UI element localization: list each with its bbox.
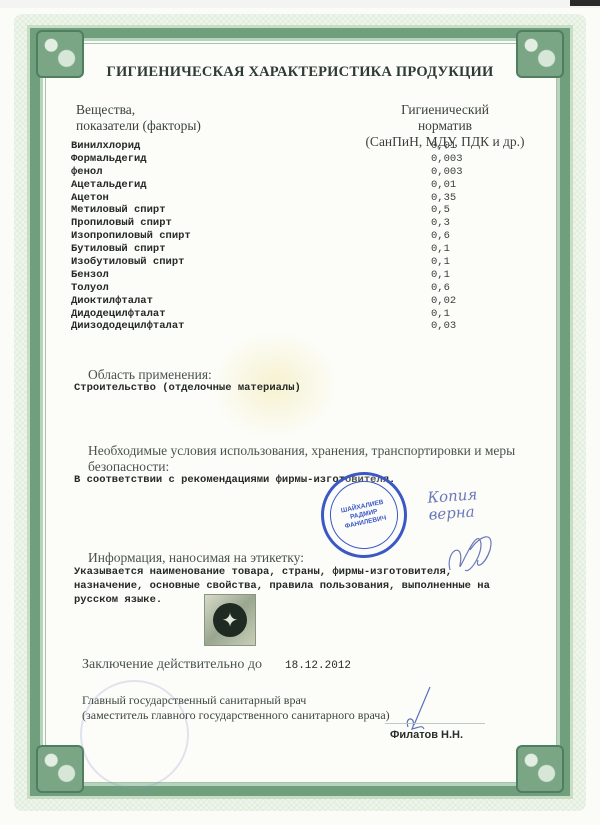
double-headed-eagle-icon: ✦ <box>213 603 247 637</box>
hologram-seal: ✦ <box>204 594 256 646</box>
norm-value: 0,003 <box>431 166 463 179</box>
table-row: Диоктилфталат0,02 <box>71 295 531 308</box>
label-info-label: Информация, наносимая на этикетку: <box>88 550 304 566</box>
substance-name: Пропиловый спирт <box>71 217 172 230</box>
conditions-label: Необходимые условия использования, хране… <box>88 443 515 475</box>
table-row: Изопропиловый спирт0,6 <box>71 230 531 243</box>
norm-value: 0,1 <box>431 243 450 256</box>
signatory-name: Филатов Н.Н. <box>390 728 463 742</box>
substance-name: Дидодецилфталат <box>71 308 166 321</box>
substance-name: Диоктилфталат <box>71 295 153 308</box>
norm-value: 0,03 <box>431 320 456 333</box>
norm-value: 0,3 <box>431 217 450 230</box>
table-row: Бензол0,1 <box>71 269 531 282</box>
handwritten-certified-copy: Копия верна <box>427 486 479 523</box>
scope-value: Строительство (отделочные материалы) <box>74 381 301 395</box>
substance-name: Ацетальдегид <box>71 179 147 192</box>
signature-line <box>385 723 485 724</box>
norm-value: 0,01 <box>431 179 456 192</box>
norm-value: 0,6 <box>431 282 450 295</box>
table-row: Ацетон0,35 <box>71 192 531 205</box>
table-row: Диизододецилфталат0,03 <box>71 320 531 333</box>
norm-value: 0,01 <box>431 140 456 153</box>
table-row: фенол0,003 <box>71 166 531 179</box>
table-row: Ацетальдегид0,01 <box>71 179 531 192</box>
substance-name: Формальдегид <box>71 153 147 166</box>
document-title: ГИГИЕНИЧЕСКАЯ ХАРАКТЕРИСТИКА ПРОДУКЦИИ <box>60 64 540 81</box>
ornament-corner-icon <box>516 745 564 793</box>
substance-name: Бензол <box>71 269 109 282</box>
validity-label: Заключение действительно до <box>82 657 262 673</box>
label-info-value: Указывается наименование товара, страны,… <box>74 565 490 607</box>
table-row: Формальдегид0,003 <box>71 153 531 166</box>
table-row: Дидодецилфталат0,1 <box>71 308 531 321</box>
validity-date: 18.12.2012 <box>285 659 351 673</box>
table-row: Изобутиловый спирт0,1 <box>71 256 531 269</box>
norm-value: 0,003 <box>431 153 463 166</box>
column-header-substances: Вещества, показатели (факторы) <box>76 102 201 134</box>
table-row: Винилхлорид0,01 <box>71 140 531 153</box>
norm-value: 0,1 <box>431 256 450 269</box>
substance-name: Бутиловый спирт <box>71 243 166 256</box>
signatory-title: Главный государственный санитарный врач … <box>82 693 390 723</box>
ornament-corner-icon <box>36 745 84 793</box>
substance-name: Метиловый спирт <box>71 204 166 217</box>
norm-value: 0,1 <box>431 308 450 321</box>
table-row: Бутиловый спирт0,1 <box>71 243 531 256</box>
table-row: Пропиловый спирт0,3 <box>71 217 531 230</box>
table-row: Метиловый спирт0,5 <box>71 204 531 217</box>
norm-value: 0,02 <box>431 295 456 308</box>
norm-value: 0,6 <box>431 230 450 243</box>
substance-name: Диизододецилфталат <box>71 320 184 333</box>
norm-value: 0,5 <box>431 204 450 217</box>
scan-shadow <box>570 0 600 6</box>
table-row: Толуол0,6 <box>71 282 531 295</box>
substance-name: Изобутиловый спирт <box>71 256 184 269</box>
substance-name: Ацетон <box>71 192 109 205</box>
substance-name: фенол <box>71 166 103 179</box>
substance-name: Толуол <box>71 282 109 295</box>
substance-name: Изопропиловый спирт <box>71 230 191 243</box>
norm-value: 0,35 <box>431 192 456 205</box>
substances-table: Винилхлорид0,01Формальдегид0,003фенол0,0… <box>71 140 531 333</box>
substance-name: Винилхлорид <box>71 140 140 153</box>
norm-value: 0,1 <box>431 269 450 282</box>
scan-edge <box>0 0 600 8</box>
